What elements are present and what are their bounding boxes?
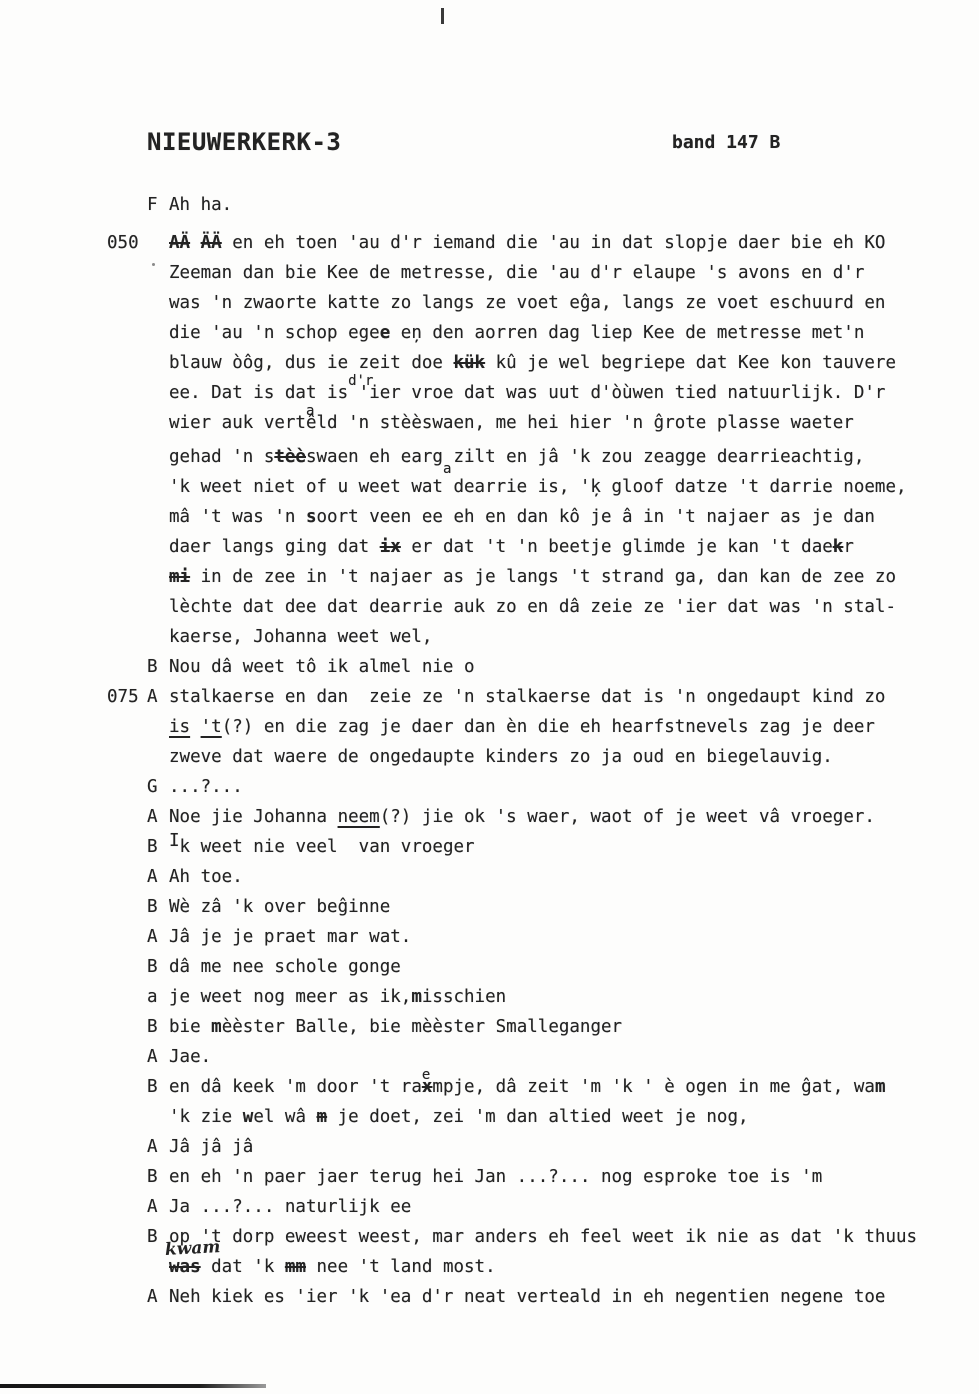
text-segment: mpje, dâ zeit 'm 'k ' è ogen in me ĝat, … (432, 1077, 875, 1097)
text-segment: oort veen ee eh en dan kô je â in 't naj… (317, 507, 875, 527)
text-segment-st: mi (169, 567, 190, 587)
line-number (107, 1222, 147, 1252)
text-segment: lèchte dat dee dat dearrie auk zo en dâ … (169, 597, 896, 617)
line-number: 050 (107, 228, 147, 258)
transcript-line: kwamwas dat 'k mm nee 't land most. (107, 1252, 917, 1282)
speaker-label (147, 712, 169, 742)
text-segment: kaerse, Johanna weet wel, (169, 627, 432, 647)
text-segment: Noe jie Johanna (169, 807, 338, 827)
text-segment-st: k (833, 537, 844, 557)
band-label: band 147 B (672, 132, 780, 153)
text-segment-r: I (169, 831, 180, 851)
speaker-label (147, 288, 169, 318)
line-number (107, 592, 147, 622)
line-number (107, 1042, 147, 1072)
transcript-line: ee. Dat is dat isd'r 'ier vroe dat was u… (107, 378, 917, 408)
line-text: gehad 'n stèèswaen eh earga zilt en jâ '… (169, 442, 864, 472)
line-number (107, 952, 147, 982)
transcript-line: 'k zie wel wâ m je doet, zei 'm dan alti… (107, 1102, 917, 1132)
line-number (107, 408, 147, 438)
text-segment: Nou dâ weet tô ik almel nie o (169, 657, 475, 677)
line-text: Jâ je je praet mar wat. (169, 922, 411, 952)
scan-artifact-bottom-edge (0, 1384, 266, 1388)
speaker-label (147, 348, 169, 378)
line-text: Jae. (169, 1042, 211, 1072)
text-segment: en dâ keek 'm door 't ra (169, 1077, 422, 1097)
transcript-line: 'k weet niet of u weet wat dearrie is, '… (107, 472, 917, 502)
text-segment: Zeeman dan bie Kee de metresse, die 'au … (169, 263, 864, 283)
line-number (107, 1282, 147, 1312)
line-text: op 't dorp eweest weest, mar anders eh f… (169, 1222, 917, 1252)
transcript-line: lèchte dat dee dat dearrie auk zo en dâ … (107, 592, 917, 622)
text-segment: Wè zâ 'k over beĝinne (169, 897, 390, 917)
line-text: Zeeman dan bie Kee de metresse, die 'au … (169, 258, 864, 288)
line-number (107, 1192, 147, 1222)
text-segment: Jae. (169, 1047, 211, 1067)
text-segment-hw: kwam (165, 1242, 166, 1259)
text-segment: wier auk vert (169, 413, 306, 433)
line-text: Neh kiek es 'ier 'k 'ea d'r neat verteal… (169, 1282, 885, 1312)
line-text: Wè zâ 'k over beĝinne (169, 892, 390, 922)
text-segment-st: mm (285, 1257, 306, 1277)
speaker-label (147, 442, 169, 472)
speaker-label (147, 378, 169, 408)
speaker-label: B (147, 832, 169, 862)
transcript-line: blauw òôg, dus ie zeit doe kük kû je wel… (107, 348, 917, 378)
text-segment: er dat 't 'n beetje glimde je kan 't dae (401, 537, 833, 557)
line-text: Ja ...?... naturlijk ee (169, 1192, 411, 1222)
line-text: Ah ha. (169, 190, 232, 220)
text-segment: ee. Dat is dat is (169, 383, 348, 403)
line-text: en eh 'n paer jaer terug hei Jan ...?...… (169, 1162, 822, 1192)
transcript-line: Bbie mèèster Balle, bie mèèster Smallega… (107, 1012, 917, 1042)
line-number (107, 532, 147, 562)
speaker-label: A (147, 1192, 169, 1222)
speaker-label: G (147, 772, 169, 802)
transcript-line: ANeh kiek es 'ier 'k 'ea d'r neat vertea… (107, 1282, 917, 1312)
speaker-label (147, 318, 169, 348)
text-segment: ...?... (169, 777, 243, 797)
text-segment: swaen eh earg (306, 447, 443, 467)
transcript-line: is 't(?) en die zag je daer dan èn die e… (107, 712, 917, 742)
text-segment: 'k zie (169, 1107, 243, 1127)
transcript-line: AJâ je je praet mar wat. (107, 922, 917, 952)
line-number (107, 1012, 147, 1042)
text-segment: gehad 'n s (169, 447, 274, 467)
text-segment-st: kük (453, 353, 485, 373)
transcript-line: Bdâ me nee schole gonge (107, 952, 917, 982)
text-segment: die 'au 'n schop ege (169, 323, 380, 343)
transcript-line: kaerse, Johanna weet wel, (107, 622, 917, 652)
transcript-line: BNou dâ weet tô ik almel nie o (107, 652, 917, 682)
text-segment: el wâ (253, 1107, 316, 1127)
speaker-label: B (147, 892, 169, 922)
transcript-line: 050AÄ ÄÄ en eh toen 'au d'r iemand die '… (107, 228, 917, 258)
speaker-label: A (147, 682, 169, 712)
text-segment: êld 'n stèèswaen, me hei hier 'n ĝrote p… (306, 413, 854, 433)
transcript-line: Zeeman dan bie Kee de metresse, die 'au … (107, 258, 917, 288)
transcript-line: AJâ jâ jâ (107, 1132, 917, 1162)
line-number (107, 378, 147, 408)
transcript-line: BWè zâ 'k over beĝinne (107, 892, 917, 922)
document-page: NIEUWERKERK-3 band 147 B FAh ha.050AÄ ÄÄ… (0, 0, 979, 1394)
text-segment: en eh toen 'au d'r iemand die 'au in dat… (222, 233, 886, 253)
line-number (107, 1102, 147, 1132)
text-segment: Ah ha. (169, 195, 232, 215)
line-number (107, 288, 147, 318)
line-number (107, 190, 147, 220)
text-segment: 'k weet niet of u weet wat dearrie is, '… (169, 477, 907, 497)
line-number (107, 318, 147, 348)
line-number (107, 832, 147, 862)
text-segment: Ja ...?... naturlijk ee (169, 1197, 411, 1217)
transcript-line: ANoe jie Johanna neem(?) jie ok 's waer,… (107, 802, 917, 832)
transcript-line: 075Astalkaerse en dan zeie ze 'n stalkae… (107, 682, 917, 712)
text-segment: mâ 't was 'n (169, 507, 306, 527)
text-segment-u: neem (338, 807, 380, 827)
transcript-line: FAh ha. (107, 190, 917, 220)
speaker-label: A (147, 1282, 169, 1312)
text-segment (190, 233, 201, 253)
text-segment-st: AÄ (169, 233, 190, 253)
speaker-label (147, 622, 169, 652)
transcript-line: zweve dat waere de ongedaupte kinders zo… (107, 742, 917, 772)
line-text: lèchte dat dee dat dearrie auk zo en dâ … (169, 592, 896, 622)
text-segment: r (843, 537, 854, 557)
text-segment-b: m (411, 987, 422, 1007)
line-number (107, 1162, 147, 1192)
line-text: zweve dat waere de ongedaupte kinders zo… (169, 742, 833, 772)
speaker-label (147, 472, 169, 502)
speaker-label: A (147, 922, 169, 952)
line-text: stalkaerse en dan zeie ze 'n stalkaerse … (169, 682, 885, 712)
line-text: Ah toe. (169, 862, 243, 892)
text-segment: je doet, zei 'm dan altied weet je nog, (327, 1107, 748, 1127)
text-segment: (?) jie ok 's waer, waot of je weet vâ v… (380, 807, 875, 827)
transcript-line: BIk weet nie veel van vroeger (107, 832, 917, 862)
line-number (107, 1252, 147, 1282)
line-text: ...?... (169, 772, 243, 802)
line-text: AÄ ÄÄ en eh toen 'au d'r iemand die 'au … (169, 228, 885, 258)
speaker-label (147, 258, 169, 288)
line-text: bie mèèster Balle, bie mèèster Smallegan… (169, 1012, 622, 1042)
speaker-label: A (147, 1132, 169, 1162)
text-segment: op 't dorp eweest weest, mar anders eh f… (169, 1227, 917, 1247)
line-number: 075 (107, 682, 147, 712)
text-segment: stalkaerse en dan zeie ze 'n stalkaerse … (169, 687, 885, 707)
text-segment: en eh 'n paer jaer terug hei Jan ...?...… (169, 1167, 822, 1187)
text-segment-b: m (211, 1017, 222, 1037)
text-segment: dâ me nee schole gonge (169, 957, 401, 977)
text-segment: (?) en die zag je daer dan èn die eh hea… (222, 717, 875, 737)
text-segment: isschien (422, 987, 506, 1007)
speaker-label (147, 228, 169, 258)
text-segment-st: m (317, 1107, 328, 1127)
text-segment: je weet nog meer as ik, (169, 987, 411, 1007)
line-text: mâ 't was 'n soort veen ee eh en dan kô … (169, 502, 875, 532)
speaker-label: A (147, 802, 169, 832)
line-text: mi in de zee in 't najaer as je langs 't… (169, 562, 896, 592)
speaker-label (147, 1102, 169, 1132)
transcript-body: FAh ha.050AÄ ÄÄ en eh toen 'au d'r ieman… (107, 190, 917, 1312)
line-number (107, 258, 147, 288)
line-text: wier auk vertaêld 'n stèèswaen, me hei h… (169, 408, 854, 438)
transcript-line: die 'au 'n schop egee eņ den aorren dag … (107, 318, 917, 348)
text-segment: èèster Balle, bie mèèster Smalleganger (222, 1017, 622, 1037)
line-number (107, 862, 147, 892)
line-text: kwamwas dat 'k mm nee 't land most. (169, 1252, 496, 1282)
speaker-label: B (147, 1072, 169, 1102)
page-title: NIEUWERKERK-3 (147, 128, 341, 156)
line-text: blauw òôg, dus ie zeit doe kük kû je wel… (169, 348, 896, 378)
line-number (107, 348, 147, 378)
speaker-label: B (147, 952, 169, 982)
speaker-label (147, 742, 169, 772)
transcript-line: Bop 't dorp eweest weest, mar anders eh … (107, 1222, 917, 1252)
speaker-label (147, 532, 169, 562)
text-segment: bie (169, 1017, 211, 1037)
line-number (107, 472, 147, 502)
transcript-line: mâ 't was 'n soort veen ee eh en dan kô … (107, 502, 917, 532)
transcript-line: Ben eh 'n paer jaer terug hei Jan ...?..… (107, 1162, 917, 1192)
text-segment: zilt en jâ 'k zou zeagge dearrieachtig, (443, 447, 864, 467)
text-segment-b: w (243, 1107, 254, 1127)
speaker-label (147, 562, 169, 592)
line-text: 'k weet niet of u weet wat dearrie is, '… (169, 472, 907, 502)
speaker-label: A (147, 862, 169, 892)
speaker-label (147, 502, 169, 532)
speaker-label: B (147, 1162, 169, 1192)
transcript-line: wier auk vertaêld 'n stèèswaen, me hei h… (107, 408, 917, 438)
text-segment: Ah toe. (169, 867, 243, 887)
transcript-line: AJa ...?... naturlijk ee (107, 1192, 917, 1222)
line-number (107, 502, 147, 532)
text-segment: blauw òôg, dus ie zeit doe (169, 353, 453, 373)
line-number (107, 652, 147, 682)
line-number (107, 1072, 147, 1102)
line-text: Nou dâ weet tô ik almel nie o (169, 652, 475, 682)
transcript-line: AAh toe. (107, 862, 917, 892)
text-segment (190, 717, 201, 737)
line-number (107, 802, 147, 832)
line-text: Ik weet nie veel van vroeger (169, 832, 475, 862)
text-segment-b: m (875, 1077, 886, 1097)
line-number (107, 1132, 147, 1162)
text-segment-st: ÄÄ (201, 233, 222, 253)
line-number (107, 622, 147, 652)
speaker-label (147, 408, 169, 438)
line-text: daer langs ging dat ix er dat 't 'n beet… (169, 532, 854, 562)
text-segment: was 'n zwaorte katte zo langs ze voet eĝ… (169, 293, 885, 313)
text-segment: Neh kiek es 'ier 'k 'ea d'r neat verteal… (169, 1287, 885, 1307)
line-text: was 'n zwaorte katte zo langs ze voet eĝ… (169, 288, 885, 318)
line-text: die 'au 'n schop egee eņ den aorren dag … (169, 318, 864, 348)
transcript-line: AJae. (107, 1042, 917, 1072)
speaker-label (147, 592, 169, 622)
transcript-line: daer langs ging dat ix er dat 't 'n beet… (107, 532, 917, 562)
line-number (107, 742, 147, 772)
line-number (107, 712, 147, 742)
transcript-line: was 'n zwaorte katte zo langs ze voet eĝ… (107, 288, 917, 318)
line-number (107, 772, 147, 802)
transcript-line: gehad 'n stèèswaen eh earga zilt en jâ '… (107, 442, 917, 472)
text-segment: in de zee in 't najaer as je langs 't st… (190, 567, 896, 587)
line-text: is 't(?) en die zag je daer dan èn die e… (169, 712, 875, 742)
line-text: Jâ jâ jâ (169, 1132, 253, 1162)
line-number (107, 442, 147, 472)
text-segment-b: s (306, 507, 317, 527)
speaker-label: a (147, 982, 169, 1012)
line-text: dâ me nee schole gonge (169, 952, 401, 982)
speaker-label: B (147, 1012, 169, 1042)
text-segment-st: tèè (274, 447, 306, 467)
line-number (107, 982, 147, 1012)
line-text: ee. Dat is dat isd'r 'ier vroe dat was u… (169, 378, 885, 408)
text-segment: dat 'k (201, 1257, 285, 1277)
speaker-label: F (147, 190, 169, 220)
transcript-line: Ben dâ keek 'm door 't raexmpje, dâ zeit… (107, 1072, 917, 1102)
line-number (107, 562, 147, 592)
text-segment-u: is (169, 717, 190, 737)
transcript-line: G...?... (107, 772, 917, 802)
scan-artifact-top-tick (441, 8, 444, 24)
transcript-line: mi in de zee in 't najaer as je langs 't… (107, 562, 917, 592)
line-text: kaerse, Johanna weet wel, (169, 622, 432, 652)
text-segment: 'ier vroe dat was uut d'òùwen tied natuu… (348, 383, 885, 403)
text-segment: zweve dat waere de ongedaupte kinders zo… (169, 747, 833, 767)
text-segment: Jâ je je praet mar wat. (169, 927, 411, 947)
text-segment-u: 't (201, 717, 222, 737)
line-text: 'k zie wel wâ m je doet, zei 'm dan alti… (169, 1102, 749, 1132)
text-segment: k weet nie veel van vroeger (180, 837, 475, 857)
speaker-label: A (147, 1042, 169, 1072)
speaker-label: B (147, 652, 169, 682)
text-segment: kû je wel begriepe dat Kee kon tauvere (485, 353, 896, 373)
text-segment: eņ den aorren dag liep Kee de metresse m… (390, 323, 864, 343)
line-text: Noe jie Johanna neem(?) jie ok 's waer, … (169, 802, 875, 832)
text-segment-b: e (380, 323, 391, 343)
transcript-line: aje weet nog meer as ik,misschien (107, 982, 917, 1012)
line-number (107, 922, 147, 952)
line-text: je weet nog meer as ik,misschien (169, 982, 506, 1012)
line-text: en dâ keek 'm door 't raexmpje, dâ zeit … (169, 1072, 885, 1102)
line-number (107, 892, 147, 922)
text-segment: Jâ jâ jâ (169, 1137, 253, 1157)
text-segment: daer langs ging dat (169, 537, 380, 557)
text-segment: nee 't land most. (306, 1257, 496, 1277)
text-segment-st: ix (380, 537, 401, 557)
text-segment-st: was (169, 1257, 201, 1277)
